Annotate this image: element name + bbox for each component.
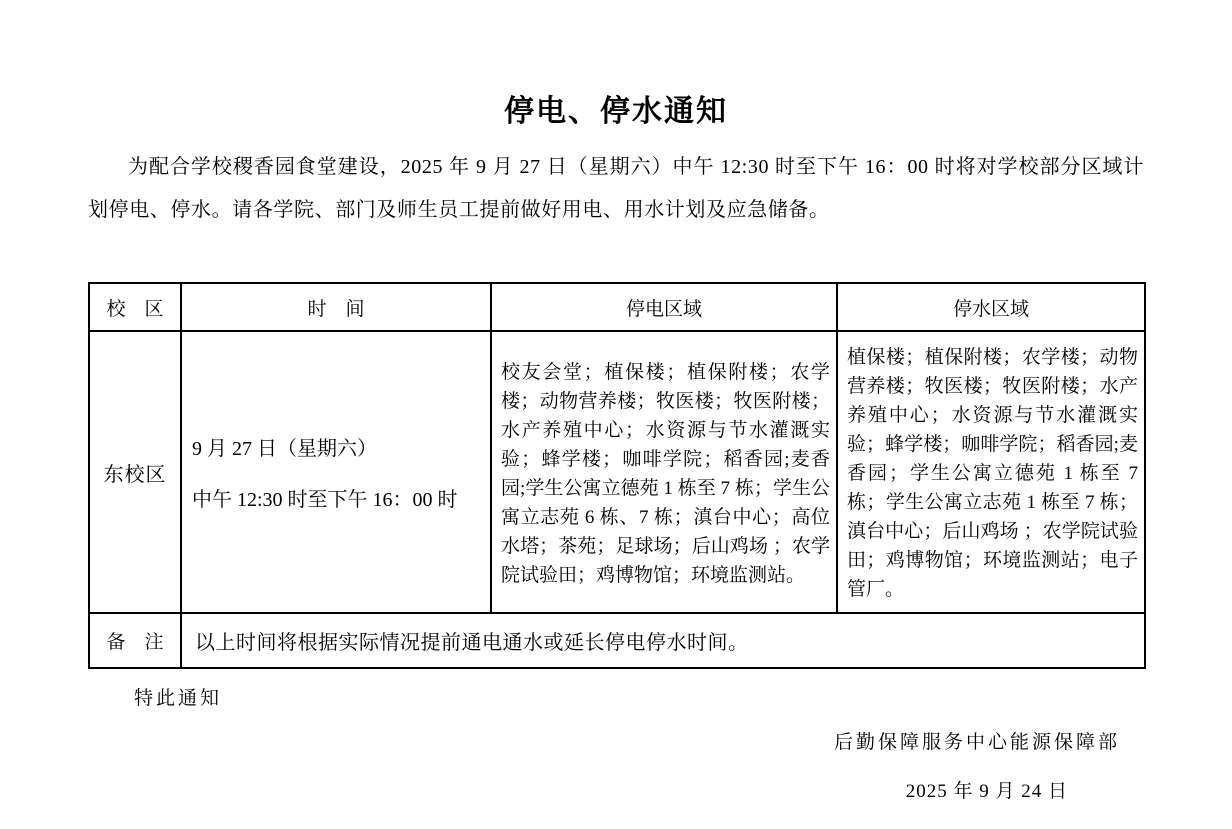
table-header-row: 校 区 时 间 停电区域 停水区域 [89, 283, 1145, 331]
table-note-row: 备 注 以上时间将根据实际情况提前通电通水或延长停电停水时间。 [89, 613, 1145, 668]
intro-paragraph: 为配合学校稷香园食堂建设，2025 年 9 月 27 日（星期六）中午 12:3… [88, 146, 1144, 232]
time-cell: 9 月 27 日（星期六） 中午 12:30 时至下午 16：00 时 [181, 331, 491, 613]
document-content: 停电、停水通知 为配合学校稷香园食堂建设，2025 年 9 月 27 日（星期六… [88, 0, 1144, 803]
table-row: 东校区 9 月 27 日（星期六） 中午 12:30 时至下午 16：00 时 … [89, 331, 1145, 613]
column-header-time: 时 间 [181, 283, 491, 331]
outage-table: 校 区 时 间 停电区域 停水区域 东校区 9 月 27 日（星期六） 中午 1… [88, 282, 1146, 669]
note-text-cell: 以上时间将根据实际情况提前通电通水或延长停电停水时间。 [181, 613, 1145, 668]
column-header-power-outage-area: 停电区域 [491, 283, 837, 331]
column-header-water-outage-area: 停水区域 [837, 283, 1145, 331]
signature-date: 2025 年 9 月 24 日 [88, 776, 1144, 803]
closing-note: 特此通知 [134, 683, 1144, 710]
time-range-line: 中午 12:30 时至下午 16：00 时 [192, 483, 486, 512]
column-header-campus: 校 区 [89, 283, 181, 331]
page-title: 停电、停水通知 [88, 0, 1144, 130]
campus-cell: 东校区 [89, 331, 181, 613]
note-label-cell: 备 注 [89, 613, 181, 668]
signature-department: 后勤保障服务中心能源保障部 [88, 727, 1144, 754]
notice-document-page: 停电、停水通知 为配合学校稷香园食堂建设，2025 年 9 月 27 日（星期六… [0, 0, 1232, 829]
water-outage-area-cell: 植保楼；植保附楼；农学楼；动物营养楼；牧医楼；牧医附楼；水产养殖中心；水资源与节… [837, 331, 1145, 613]
time-date-line: 9 月 27 日（星期六） [192, 432, 486, 461]
power-outage-area-cell: 校友会堂；植保楼；植保附楼；农学楼；动物营养楼；牧医楼；牧医附楼；水产养殖中心；… [491, 331, 837, 613]
